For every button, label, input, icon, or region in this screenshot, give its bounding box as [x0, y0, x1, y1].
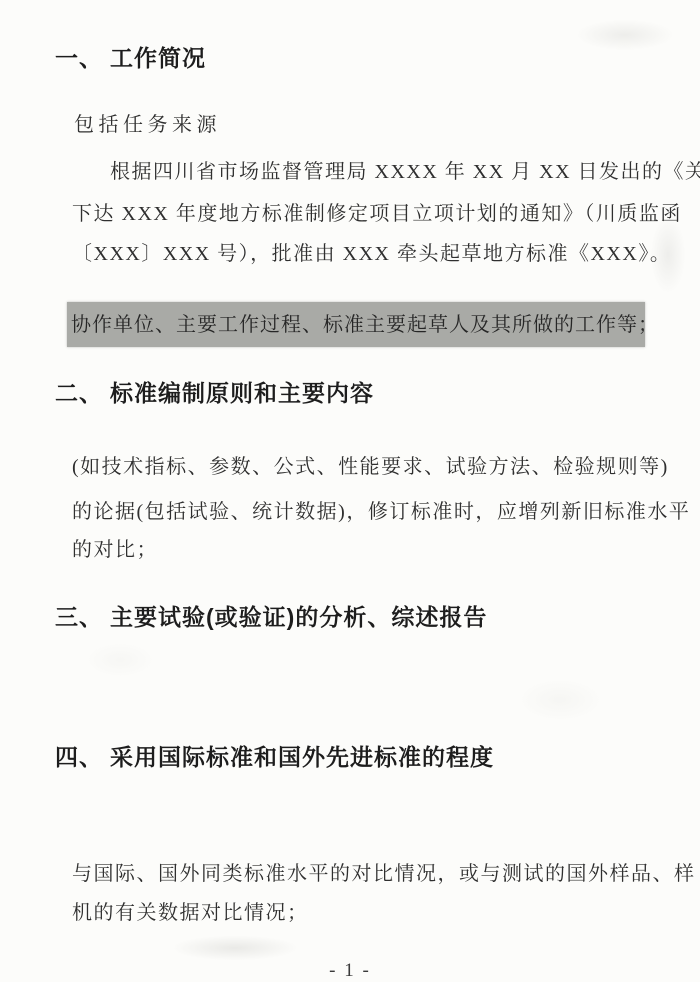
- paragraph-1-line-2: 下达 XXX 年度地方标准制修定项目立项计划的通知》（川质监函: [72, 199, 682, 229]
- highlighted-text-bar: 协作单位、主要工作过程、标准主要起草人及其所做的工作等；: [67, 302, 645, 347]
- heading-1-title: 工作简况: [110, 45, 206, 71]
- heading-3-title: 主要试验(或验证)的分析、综述报告: [110, 604, 487, 630]
- heading-2-title: 标准编制原则和主要内容: [110, 380, 374, 406]
- scanned-document-page: 一、工作简况 包括任务来源 根据四川省市场监督管理局 XXXX 年 XX 月 X…: [0, 0, 700, 982]
- highlighted-text: 协作单位、主要工作过程、标准主要起草人及其所做的工作等；: [67, 310, 659, 340]
- section-heading-1: 一、工作简况: [55, 44, 206, 72]
- section-heading-2: 二、标准编制原则和主要内容: [55, 379, 374, 407]
- paragraph-2-line-3: 的对比；: [72, 535, 158, 565]
- heading-1-number: 一、: [55, 44, 110, 72]
- section-heading-3: 三、主要试验(或验证)的分析、综述报告: [55, 603, 487, 631]
- heading-3-number: 三、: [55, 603, 110, 631]
- paragraph-1-line-1: 根据四川省市场监督管理局 XXXX 年 XX 月 XX 日发出的《关于: [110, 157, 700, 187]
- page-number: - 1 -: [0, 960, 700, 982]
- section-heading-4: 四、采用国际标准和国外先进标准的程度: [55, 743, 494, 771]
- paragraph-3-line-1: 与国际、国外同类标准水平的对比情况，或与测试的国外样品、样: [72, 859, 696, 889]
- paragraph-1-line-3: 〔XXX〕XXX 号），批准由 XXX 牵头起草地方标准《XXX》。: [72, 239, 671, 269]
- paragraph-2-line-1: (如技术指标、参数、公式、性能要求、试验方法、检验规则等): [72, 452, 669, 482]
- heading-2-number: 二、: [55, 379, 110, 407]
- paragraph-2-line-2: 的论据(包括试验、统计数据)，修订标准时，应增列新旧标准水平: [72, 497, 690, 527]
- intro-text: 包括任务来源: [74, 110, 221, 140]
- heading-4-number: 四、: [55, 743, 110, 771]
- heading-4-title: 采用国际标准和国外先进标准的程度: [110, 744, 494, 770]
- paragraph-3-line-2: 机的有关数据对比情况；: [72, 898, 309, 928]
